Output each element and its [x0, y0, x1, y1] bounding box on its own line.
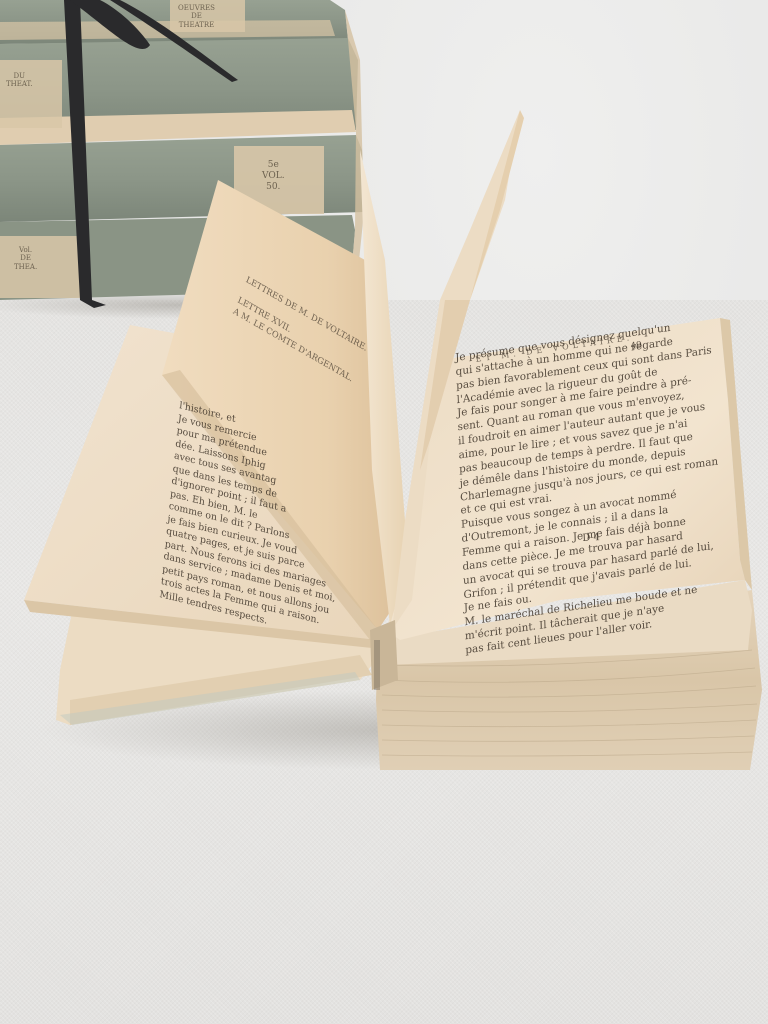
- photo-scene: OEUVRES DE THEATRE DU THEAT. 5e VOL. 50.…: [0, 0, 768, 1024]
- spine-label: OEUVRES DE THEATRE: [178, 4, 215, 29]
- spine-label: Vol. DE THEA.: [14, 246, 37, 271]
- spine-label: 5e VOL. 50.: [262, 160, 285, 192]
- signature-mark: D 4: [582, 531, 600, 545]
- spine-label: DU THEAT.: [6, 72, 32, 89]
- right-page-body: Je présume que vous désignez quelqu'un q…: [455, 316, 724, 659]
- left-page-body: l'histoire, et Je vous remercie pour ma …: [159, 400, 352, 644]
